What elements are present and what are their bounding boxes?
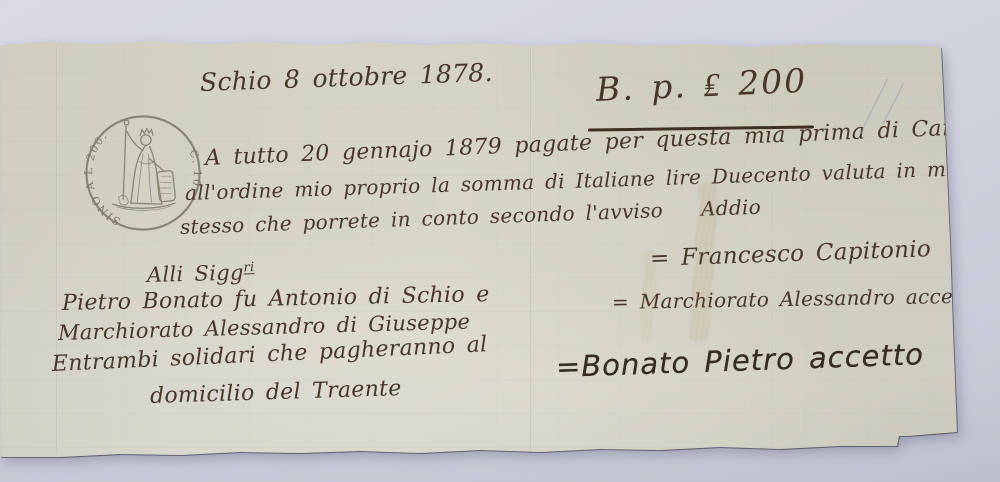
salutation-superscript: ri: [243, 260, 254, 275]
standing-figure-with-staff-and-shield-icon: [113, 120, 176, 210]
fold-crease-center: [530, 46, 532, 454]
salutation-text: Alli Sigg: [147, 260, 244, 287]
faint-pencil-marks: [853, 72, 915, 144]
bill-of-exchange-paper: SINO A L 200. C. 10.: [0, 0, 1000, 482]
addressee-line-4: domicilio del Traente: [150, 376, 402, 409]
fold-crease-left: [56, 46, 58, 454]
paper-shadow-wrap: SINO A L 200. C. 10.: [0, 0, 1000, 482]
ink-bleed-mark: [640, 250, 658, 343]
svg-text:SINO A L 200.: SINO A L 200.: [82, 129, 123, 228]
stamp-left-arc-text: SINO A L 200.: [82, 129, 123, 228]
signature-drawer: = Francesco Capitonio: [650, 236, 932, 272]
signature-acceptor-1: = Marchiorato Alessandro accetto: [612, 284, 983, 314]
signature-acceptor-2: =Bonato Pietro accetto: [555, 337, 924, 384]
amount-figures: B. p. ₤ 200: [595, 61, 808, 110]
addressee-salutation: Alli Siggri: [147, 260, 255, 287]
body-line-3-text: stesso che porrete in conto secondo l'av…: [180, 198, 664, 239]
dateline: Schio 8 ottobre 1878.: [199, 58, 493, 97]
photo-backdrop: SINO A L 200. C. 10.: [0, 0, 1000, 482]
